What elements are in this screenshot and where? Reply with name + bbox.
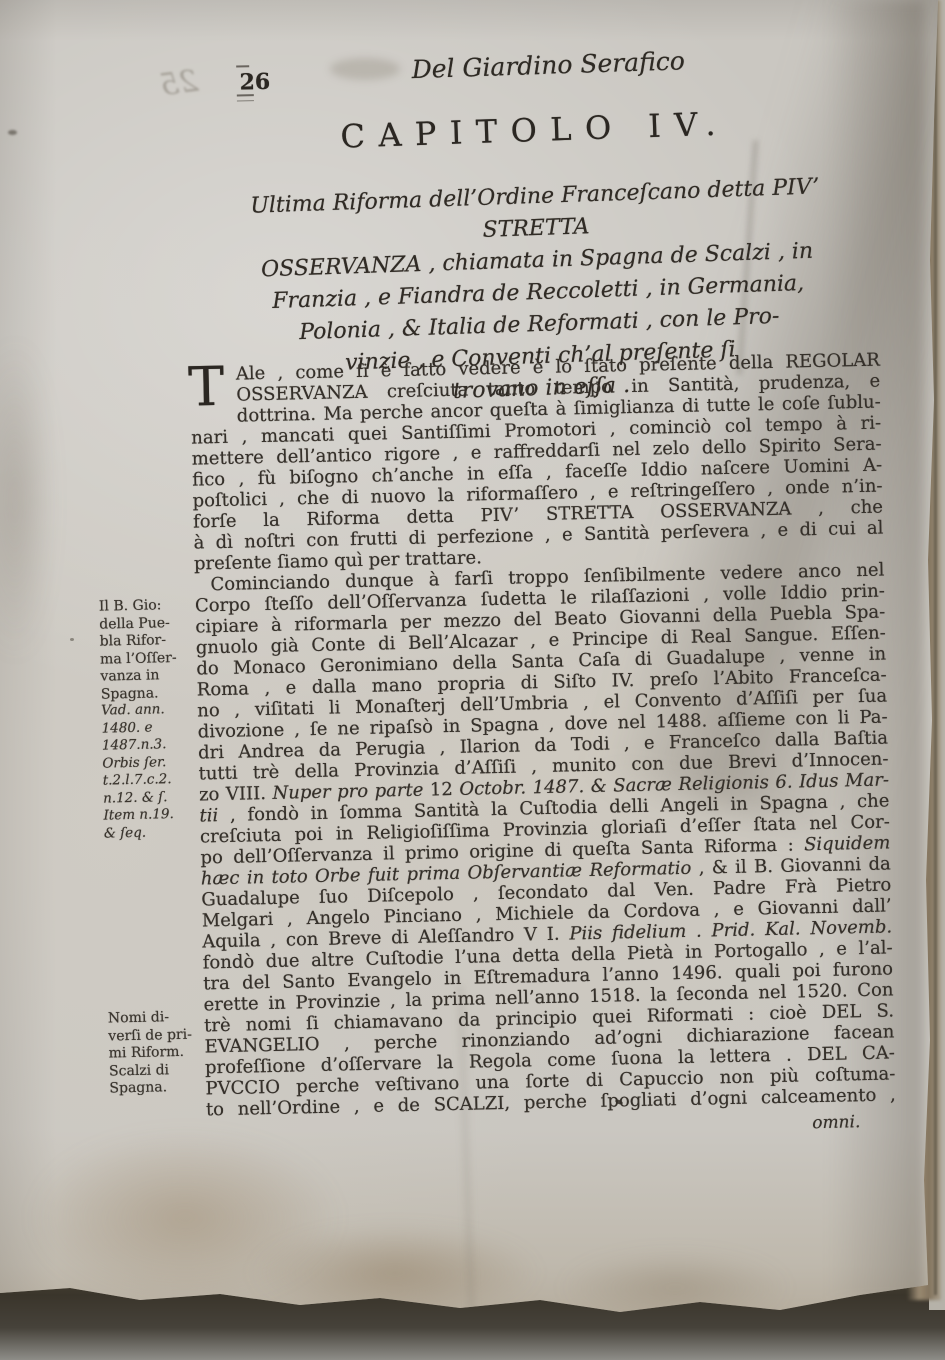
ink-speck [8,130,17,135]
chapter-heading: CAPITOLO IV. [184,99,885,161]
margin-note-beato-giovanni: Il B. Gio:della Pue-bla Rifor-ma l’Oſſer… [99,597,195,704]
margin-note-line: Vad. ann. [101,701,195,721]
page-edge-seam [934,0,937,1295]
margin-note-line: ma l’Oſſer- [100,649,194,669]
margin-note-line: t.2.l.7.c.2. [103,771,197,791]
margin-note-citation: Vad. ann.1480. e1487.n.3.Orbis ſer.t.2.l… [101,701,198,843]
drop-cap: T [188,366,229,409]
margin-note-line: vanza in [100,667,194,687]
margin-note-line: bla Rifor- [100,632,194,652]
running-title: Del Giardino Serafico [223,40,874,90]
margin-note-line: Nomi di- [108,1008,202,1028]
margin-note-line: 1487.n.3. [102,736,196,756]
margin-note-line: & ſeq. [104,823,198,843]
book-page-photo: 25 26 Del Giardino Serafico CAPITOLO IV.… [0,0,945,1360]
margin-note-line: 1480. e [101,718,195,738]
stain [0,340,50,660]
margin-note-line: verſi de pri- [108,1026,202,1046]
margin-note-line: Spagna. [109,1078,203,1098]
margin-note-line: Il B. Gio: [99,597,193,617]
ink-speck [70,638,74,641]
margin-note-nomi-riformati: Nomi di-verſi de pri-mi Riform.Scalzi di… [108,1008,204,1098]
body-text: T Ale , come ſi è fatto vedere è lo ſtat… [190,350,896,1121]
margin-note-line: Orbis ſer. [102,753,196,773]
printed-area: 26 Del Giardino Serafico CAPITOLO IV. Ul… [83,31,907,1178]
margin-note-line: Scalzi di [109,1061,203,1081]
book-page: 25 26 Del Giardino Serafico CAPITOLO IV.… [0,0,945,1360]
margin-note-line: mi Riform. [109,1043,203,1063]
margin-note-line: della Pue- [99,614,193,634]
margin-note-line: n.12. & ſ. [103,788,197,808]
margin-note-line: Item n.19. [103,806,197,826]
